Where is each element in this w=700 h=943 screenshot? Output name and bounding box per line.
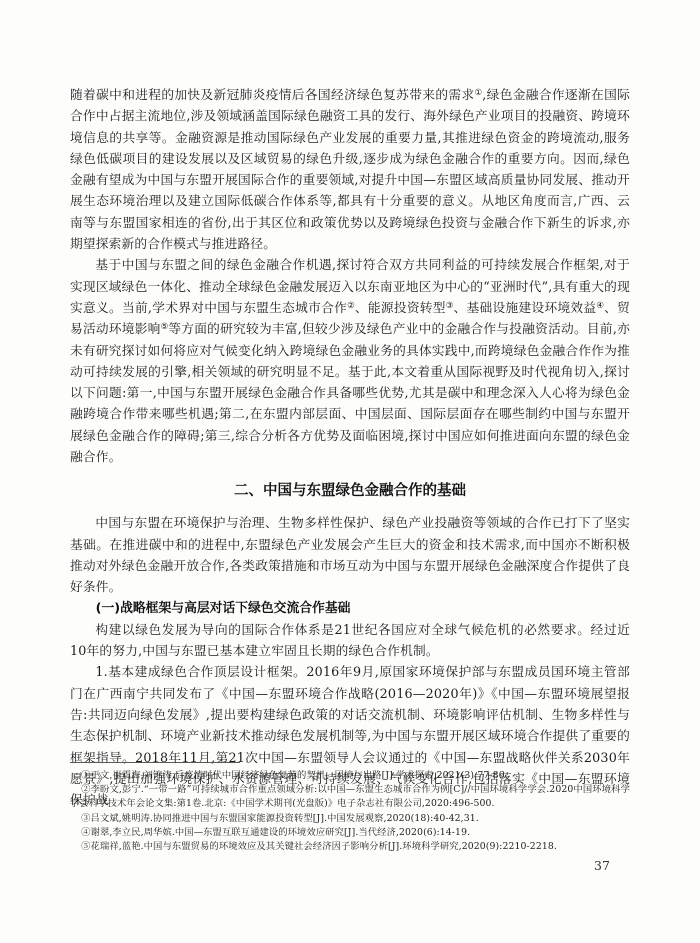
footnote-2: ②李盼文,彭宁.“一带一路”可持续城市合作重点领域分析:以中国—东盟生态城市合作… bbox=[70, 783, 630, 811]
footnote-ref-4: ④ bbox=[596, 301, 604, 311]
footnote-1: ①王文,崔震海,刘锦涛.后疫情时代中国经济绿色复苏的契机、困境与出路[J].学术… bbox=[70, 769, 630, 783]
paragraph-3: 中国与东盟在环境保护与治理、生物多样性保护、绿色产业投融资等领域的合作已打下了坚… bbox=[70, 512, 630, 597]
journal-page: 随着碳中和进程的加快及新冠肺炎疫情后各国经济绿色复苏带来的需求①,绿色金融合作逐… bbox=[0, 0, 700, 943]
footnote-separator bbox=[70, 762, 240, 763]
footnote-4: ④谢翠,李立民,周华嫔.中国—东盟互联互通建设的环境效应研究[J].当代经济,2… bbox=[70, 826, 630, 840]
page-content: 随着碳中和进程的加快及新冠肺炎疫情后各国经济绿色复苏带来的需求①,绿色金融合作逐… bbox=[70, 84, 630, 811]
paragraph-1: 随着碳中和进程的加快及新冠肺炎疫情后各国经济绿色复苏带来的需求①,绿色金融合作逐… bbox=[70, 84, 630, 254]
footnote-area: ①王文,崔震海,刘锦涛.后疫情时代中国经济绿色复苏的契机、困境与出路[J].学术… bbox=[70, 762, 630, 854]
paragraph-1-text: ,绿色金融合作逐渐在国际合作中占据主流地位,涉及领域涵盖国际绿色融资工具的发行、… bbox=[70, 87, 630, 251]
footnote-3: ③吕文斌,姚明涛.协同推进中国与东盟国家能源投资转型[J].中国发展观察,202… bbox=[70, 812, 630, 826]
subsection-heading: (一)战略框架与高层对话下绿色交流合作基础 bbox=[70, 598, 630, 619]
paragraph-2-text: 、基础设施建设环境效益 bbox=[454, 300, 597, 315]
footnote-ref-3: ③ bbox=[446, 301, 454, 311]
section-heading: 二、中国与东盟绿色金融合作的基础 bbox=[70, 480, 630, 502]
footnote-5: ⑤花瑞祥,蓝艳.中国与东盟贸易的环境效应及其关键社会经济因子影响分析[J].环境… bbox=[70, 840, 630, 854]
paragraph-2: 基于中国与东盟之间的绿色金融合作机遇,探讨符合双方共同利益的可持续发展合作框架,… bbox=[70, 254, 630, 467]
page-number: 37 bbox=[594, 858, 610, 873]
paragraph-2-text: 等方面的研究较为丰富,但较少涉及绿色产业中的金融合作与投融资活动。目前,亦未有研… bbox=[70, 321, 630, 464]
paragraph-4: 构建以绿色发展为导向的国际合作体系是21世纪各国应对全球气候危机的必然要求。经过… bbox=[70, 619, 630, 662]
paragraph-1-text: 随着碳中和进程的加快及新冠肺炎疫情后各国经济绿色复苏带来的需求 bbox=[70, 87, 474, 102]
paragraph-2-text: 、能源投资转型 bbox=[355, 300, 446, 315]
footnote-ref-2: ② bbox=[347, 301, 355, 311]
